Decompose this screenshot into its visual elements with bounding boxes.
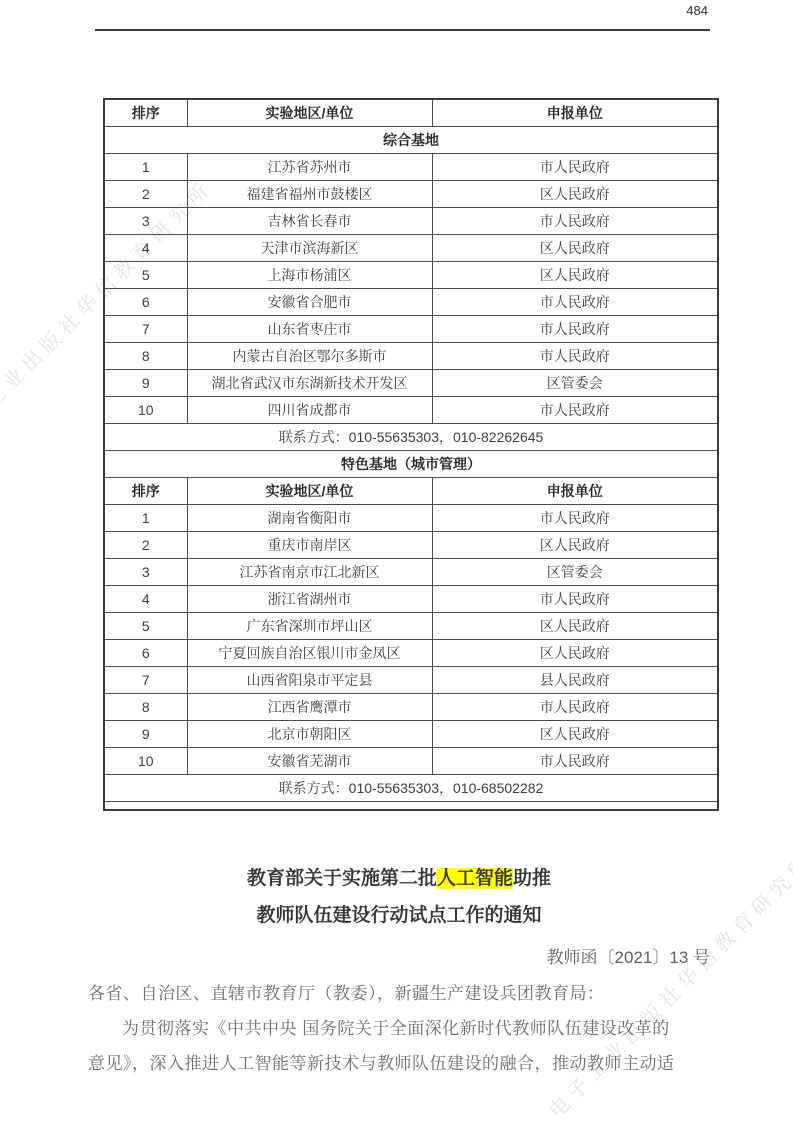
region-cell: 江苏省南京市江北新区 <box>187 559 432 586</box>
contact-row: 联系方式：010-55635303，010-68502282 <box>104 775 718 802</box>
unit-cell: 市人民政府 <box>432 154 718 181</box>
header-rank: 排序 <box>104 99 187 127</box>
unit-cell: 市人民政府 <box>432 505 718 532</box>
table-header-row: 排序 实验地区/单位 申报单位 <box>104 478 718 505</box>
section-title: 特色基地（城市管理） <box>104 451 718 478</box>
table-row: 6安徽省合肥市市人民政府 <box>104 289 718 316</box>
rank-cell: 2 <box>104 181 187 208</box>
table-row: 5广东省深圳市坪山区区人民政府 <box>104 613 718 640</box>
unit-cell: 区人民政府 <box>432 181 718 208</box>
table-row: 10四川省成都市市人民政府 <box>104 397 718 424</box>
rank-cell: 8 <box>104 694 187 721</box>
unit-cell: 市人民政府 <box>432 289 718 316</box>
unit-cell: 区人民政府 <box>432 235 718 262</box>
region-cell: 北京市朝阳区 <box>187 721 432 748</box>
unit-cell: 区管委会 <box>432 559 718 586</box>
region-cell: 吉林省长春市 <box>187 208 432 235</box>
table-row: 7山西省阳泉市平定县县人民政府 <box>104 667 718 694</box>
salutation-line: 各省、自治区、直辖市教育厅（教委），新疆生产建设兵团教育局： <box>88 976 710 1011</box>
table-row: 10安徽省芜湖市市人民政府 <box>104 748 718 775</box>
region-cell: 湖南省衡阳市 <box>187 505 432 532</box>
table-row: 7山东省枣庄市市人民政府 <box>104 316 718 343</box>
rank-cell: 6 <box>104 289 187 316</box>
document-number: 教师函〔2021〕13 号 <box>88 940 710 976</box>
page-number: 484 <box>686 3 708 18</box>
rank-cell: 2 <box>104 532 187 559</box>
pilot-areas-table: 排序 实验地区/单位 申报单位 综合基地 1江苏省苏州市市人民政府 2福建省福州… <box>103 98 719 811</box>
region-cell: 福建省福州市鼓楼区 <box>187 181 432 208</box>
unit-cell: 市人民政府 <box>432 208 718 235</box>
region-cell: 安徽省合肥市 <box>187 289 432 316</box>
title-text: 教育部关于实施第二批 <box>247 868 437 889</box>
notice-title-line2: 教师队伍建设行动试点工作的通知 <box>88 897 710 934</box>
rank-cell: 7 <box>104 316 187 343</box>
table-header-row: 排序 实验地区/单位 申报单位 <box>104 99 718 127</box>
rank-cell: 3 <box>104 559 187 586</box>
region-cell: 安徽省芜湖市 <box>187 748 432 775</box>
section-title-row: 综合基地 <box>104 127 718 154</box>
contact-row: 联系方式：010-55635303，010-82262645 <box>104 424 718 451</box>
unit-cell: 市人民政府 <box>432 397 718 424</box>
header-unit: 申报单位 <box>432 478 718 505</box>
region-cell: 浙江省湖州市 <box>187 586 432 613</box>
region-cell: 湖北省武汉市东湖新技术开发区 <box>187 370 432 397</box>
region-cell: 广东省深圳市坪山区 <box>187 613 432 640</box>
unit-cell: 区人民政府 <box>432 532 718 559</box>
rank-cell: 10 <box>104 397 187 424</box>
region-cell: 重庆市南岸区 <box>187 532 432 559</box>
table-row: 9北京市朝阳区区人民政府 <box>104 721 718 748</box>
unit-cell: 市人民政府 <box>432 316 718 343</box>
rank-cell: 6 <box>104 640 187 667</box>
region-cell: 内蒙古自治区鄂尔多斯市 <box>187 343 432 370</box>
notice-title-line1: 教育部关于实施第二批人工智能助推 <box>88 860 710 897</box>
rank-cell: 5 <box>104 613 187 640</box>
unit-cell: 区人民政府 <box>432 613 718 640</box>
table-row: 6宁夏回族自治区银川市金凤区区人民政府 <box>104 640 718 667</box>
section-title-row: 特色基地（城市管理） <box>104 451 718 478</box>
region-cell: 山东省枣庄市 <box>187 316 432 343</box>
table-row: 3江苏省南京市江北新区区管委会 <box>104 559 718 586</box>
rank-cell: 4 <box>104 586 187 613</box>
rank-cell: 1 <box>104 154 187 181</box>
region-cell: 江苏省苏州市 <box>187 154 432 181</box>
title-text: 助推 <box>513 868 551 889</box>
paragraph-line-2: 意见》，深入推进人工智能等新技术与教师队伍建设的融合，推动教师主动适 <box>88 1046 710 1081</box>
table-row: 1江苏省苏州市市人民政府 <box>104 154 718 181</box>
empty-row <box>104 802 718 811</box>
table-row: 2重庆市南岸区区人民政府 <box>104 532 718 559</box>
pilot-table-container: 排序 实验地区/单位 申报单位 综合基地 1江苏省苏州市市人民政府 2福建省福州… <box>103 98 719 811</box>
paragraph-line-1: 为贯彻落实《中共中央 国务院关于全面深化新时代教师队伍建设改革的 <box>88 1011 710 1046</box>
table-row: 4天津市滨海新区区人民政府 <box>104 235 718 262</box>
region-cell: 山西省阳泉市平定县 <box>187 667 432 694</box>
rank-cell: 9 <box>104 370 187 397</box>
header-unit: 申报单位 <box>432 99 718 127</box>
contact-info: 联系方式：010-55635303，010-82262645 <box>104 424 718 451</box>
unit-cell: 区管委会 <box>432 370 718 397</box>
table-row: 8江西省鹰潭市市人民政府 <box>104 694 718 721</box>
header-rule <box>95 29 710 31</box>
table-row: 2福建省福州市鼓楼区区人民政府 <box>104 181 718 208</box>
unit-cell: 区人民政府 <box>432 262 718 289</box>
unit-cell: 市人民政府 <box>432 694 718 721</box>
table-row: 5上海市杨浦区区人民政府 <box>104 262 718 289</box>
table-row: 9湖北省武汉市东湖新技术开发区区管委会 <box>104 370 718 397</box>
section-title: 综合基地 <box>104 127 718 154</box>
unit-cell: 市人民政府 <box>432 748 718 775</box>
rank-cell: 9 <box>104 721 187 748</box>
highlighted-keyword: 人工智能 <box>437 868 513 889</box>
header-rank: 排序 <box>104 478 187 505</box>
rank-cell: 7 <box>104 667 187 694</box>
rank-cell: 3 <box>104 208 187 235</box>
rank-cell: 5 <box>104 262 187 289</box>
table-row: 8内蒙古自治区鄂尔多斯市市人民政府 <box>104 343 718 370</box>
unit-cell: 县人民政府 <box>432 667 718 694</box>
rank-cell: 8 <box>104 343 187 370</box>
rank-cell: 10 <box>104 748 187 775</box>
notice-section: 教育部关于实施第二批人工智能助推 教师队伍建设行动试点工作的通知 教师函〔202… <box>88 860 710 1081</box>
rank-cell: 4 <box>104 235 187 262</box>
document-page: 电子工业出版社华信教育研究所 电子工业出版社华信教育研究所 484 排序 实验地… <box>0 0 793 1122</box>
unit-cell: 区人民政府 <box>432 721 718 748</box>
region-cell: 天津市滨海新区 <box>187 235 432 262</box>
header-region: 实验地区/单位 <box>187 478 432 505</box>
table-row: 4浙江省湖州市市人民政府 <box>104 586 718 613</box>
region-cell: 上海市杨浦区 <box>187 262 432 289</box>
contact-info: 联系方式：010-55635303，010-68502282 <box>104 775 718 802</box>
region-cell: 宁夏回族自治区银川市金凤区 <box>187 640 432 667</box>
notice-title: 教育部关于实施第二批人工智能助推 教师队伍建设行动试点工作的通知 <box>88 860 710 934</box>
region-cell: 江西省鹰潭市 <box>187 694 432 721</box>
unit-cell: 市人民政府 <box>432 586 718 613</box>
region-cell: 四川省成都市 <box>187 397 432 424</box>
unit-cell: 区人民政府 <box>432 640 718 667</box>
header-region: 实验地区/单位 <box>187 99 432 127</box>
table-row: 3吉林省长春市市人民政府 <box>104 208 718 235</box>
rank-cell: 1 <box>104 505 187 532</box>
table-row: 1湖南省衡阳市市人民政府 <box>104 505 718 532</box>
unit-cell: 市人民政府 <box>432 343 718 370</box>
